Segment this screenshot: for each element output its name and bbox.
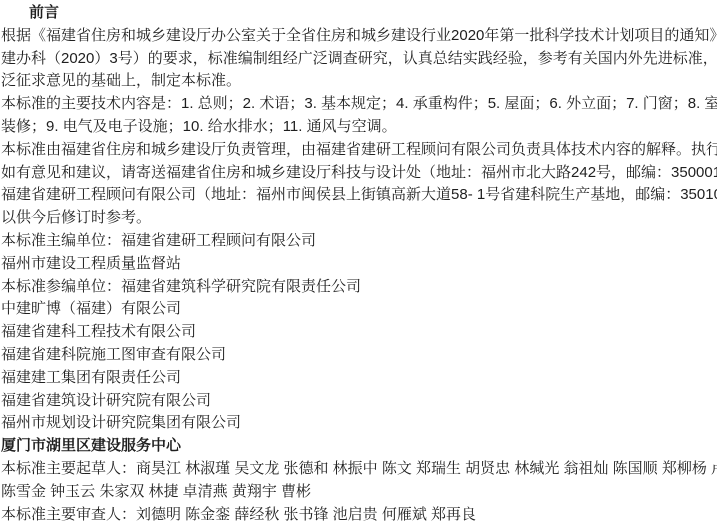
doc-line-participating-unit: 福建省建科院施工图审查有限公司 [1, 344, 717, 367]
doc-line-basis: 根据《福建省住房和城乡建设厅办公室关于全省住房和城乡建设行业2020年第一批科学… [1, 25, 717, 48]
doc-line-chief-editor-unit: 福州市建设工程质量监督站 [1, 253, 717, 276]
doc-line-management: 福建省建研工程顾问有限公司（地址：福州市闽侯县上街镇高新大道58- 1号省建科院… [1, 184, 717, 207]
document-page: 前言 根据《福建省住房和城乡建设厅办公室关于全省住房和城乡建设行业2020年第一… [0, 0, 717, 527]
doc-line-participating-unit: 中建旷博（福建）有限公司 [1, 298, 717, 321]
doc-line-participating-unit: 本标准参编单位：福建省建筑科学研究院有限责任公司 [1, 276, 717, 299]
doc-line-participating-unit: 福建省建科工程技术有限公司 [1, 321, 717, 344]
doc-line-chief-editor-unit: 本标准主编单位：福建省建研工程顾问有限公司 [1, 230, 717, 253]
doc-line-contents: 本标准的主要技术内容是：1. 总则；2. 术语；3. 基本规定；4. 承重构件；… [1, 93, 717, 116]
doc-line-management: 如有意见和建议，请寄送福建省住房和城乡建设厅科技与设计处（地址：福州市北大路24… [1, 162, 717, 185]
doc-line-drafters: 本标准主要起草人：商昊江 林淑瑾 吴文龙 张德和 林振中 陈文 郑瑞生 胡贤忠 … [1, 458, 717, 481]
doc-line-management: 本标准由福建省住房和城乡建设厅负责管理，由福建省建研工程顾问有限公司负责具体技术… [1, 139, 717, 162]
doc-line-drafters: 陈雪金 钟玉云 朱家双 林捷 卓清燕 黄翔宇 曹彬 [1, 481, 717, 504]
doc-line-basis: 泛征求意见的基础上，制定本标准。 [1, 70, 717, 93]
doc-line-reviewers: 本标准主要审查人：刘德明 陈金銮 薛经秋 张书锋 池启贵 何雁斌 郑再良 [1, 504, 717, 527]
doc-line-contents: 装修；9. 电气及电子设施；10. 给水排水；11. 通风与空调。 [1, 116, 717, 139]
doc-line-participating-unit: 福州市规划设计研究院集团有限公司 [1, 412, 717, 435]
doc-line-management: 以供今后修订时参考。 [1, 207, 717, 230]
preface-title: 前言 [1, 2, 717, 25]
doc-line-participating-unit: 厦门市湖里区建设服务中心 [1, 435, 717, 458]
doc-line-participating-unit: 福建建工集团有限责任公司 [1, 367, 717, 390]
doc-line-participating-unit: 福建省建筑设计研究院有限公司 [1, 390, 717, 413]
doc-line-basis: 建办科（2020）3号）的要求，标准编制组经广泛调查研究，认真总结实践经验，参考… [1, 48, 717, 71]
